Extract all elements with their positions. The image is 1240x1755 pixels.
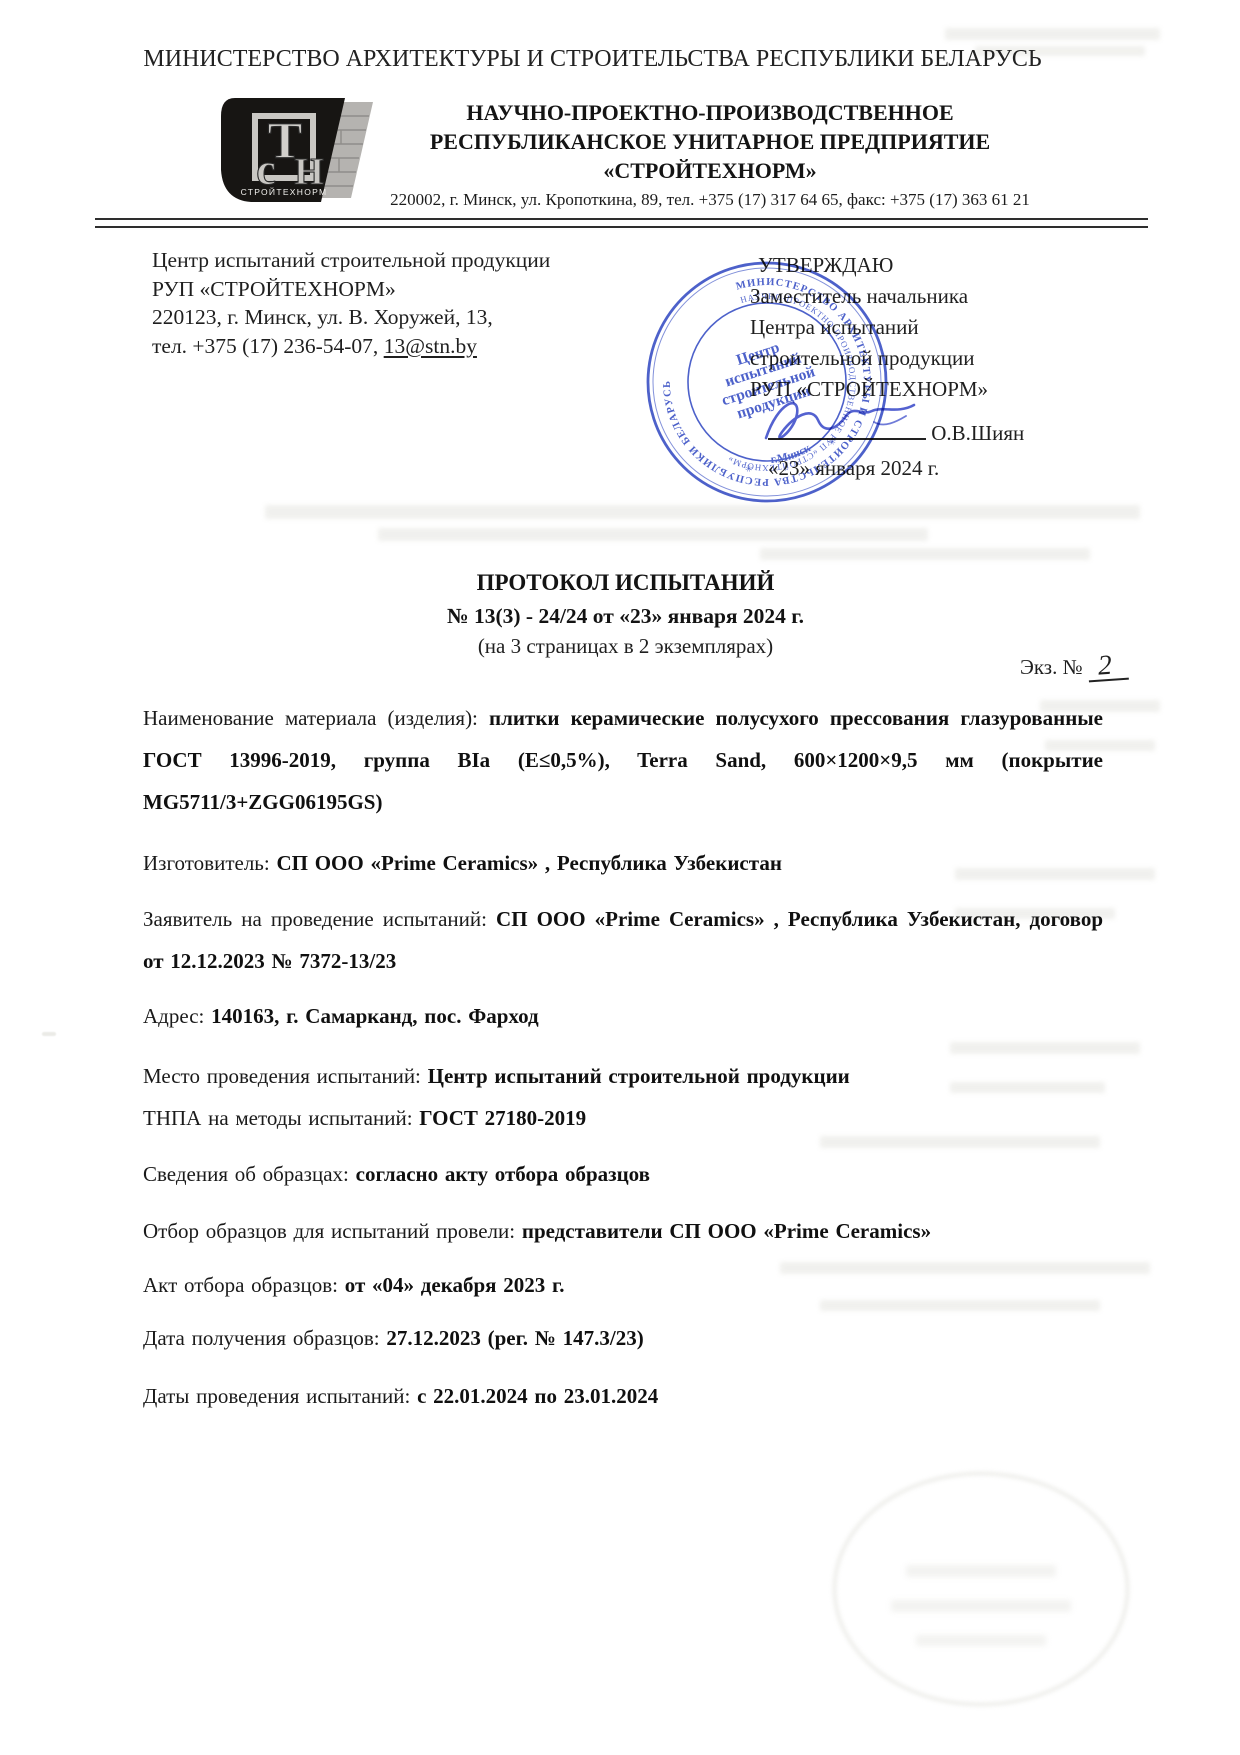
scanned-protocol-page: МИНИСТЕРСТВО АРХИТЕКТУРЫ И СТРОИТЕЛЬСТВА… bbox=[0, 0, 1240, 1755]
issuer-line: РУП «СТРОЙТЕХНОРМ» bbox=[152, 275, 550, 304]
field-material-name: Наименование материала (изделия): плитки… bbox=[143, 697, 1103, 823]
field-value: от «04» декабря 2023 г. bbox=[345, 1273, 565, 1297]
field-sampling-performed-by: Отбор образцов для испытаний провели: пр… bbox=[143, 1210, 1103, 1252]
issuer-line: 220123, г. Минск, ул. В. Хоружей, 13, bbox=[152, 303, 550, 332]
protocol-number: № 13(3) - 24/24 от «23» января 2024 г. bbox=[143, 602, 1108, 630]
issuer-block: Центр испытаний строительной продукции Р… bbox=[152, 246, 550, 360]
protocol-title-block: ПРОТОКОЛ ИСПЫТАНИЙ № 13(3) - 24/24 от «2… bbox=[143, 568, 1108, 659]
bleed-through-artifact bbox=[378, 528, 928, 541]
logo-caption: СТРОЙТЕХНОРМ bbox=[241, 186, 328, 197]
org-name-line: РЕСПУБЛИКАНСКОЕ УНИТАРНОЕ ПРЕДПРИЯТИЕ bbox=[330, 127, 1090, 156]
round-stamp: МИНИСТЕРСТВО АРХИТЕКТУРЫ И СТРОИТЕЛЬСТВА… bbox=[641, 256, 893, 508]
signer-name: О.В.Шиян bbox=[931, 421, 1024, 445]
header-divider bbox=[95, 218, 1148, 228]
organization-header: НАУЧНО-ПРОЕКТНО-ПРОИЗВОДСТВЕННОЕ РЕСПУБЛ… bbox=[330, 98, 1090, 211]
field-label: Наименование материала (изделия): bbox=[143, 706, 478, 730]
bleed-through-artifact bbox=[760, 548, 1090, 560]
field-label: ТНПА на методы испытаний: bbox=[143, 1106, 413, 1130]
field-label: Место проведения испытаний: bbox=[143, 1064, 421, 1088]
field-value: Центр испытаний строительной продукции bbox=[428, 1064, 850, 1088]
org-contact-line: 220002, г. Минск, ул. Кропоткина, 89, те… bbox=[330, 189, 1090, 211]
field-label: Изготовитель: bbox=[143, 851, 270, 875]
scan-mark-artifact bbox=[42, 1032, 56, 1036]
field-label: Акт отбора образцов: bbox=[143, 1273, 338, 1297]
field-label: Сведения об образцах: bbox=[143, 1162, 349, 1186]
field-applicant: Заявитель на проведение испытаний: СП ОО… bbox=[143, 898, 1103, 982]
field-label: Даты проведения испытаний: bbox=[143, 1384, 410, 1408]
field-test-dates: Даты проведения испытаний: с 22.01.2024 … bbox=[143, 1375, 1103, 1417]
field-value: представители СП ООО «Prime Ceramics» bbox=[522, 1219, 931, 1243]
field-value: СП ООО «Prime Ceramics» , Республика Узб… bbox=[276, 851, 781, 875]
issuer-phone-line: тел. +375 (17) 236-54-07, 13@stn.by bbox=[152, 332, 550, 361]
field-label: Дата получения образцов: bbox=[143, 1326, 380, 1350]
copy-label: Экз. № bbox=[1020, 655, 1083, 679]
field-value: 27.12.2023 (рег. № 147.3/23) bbox=[386, 1326, 643, 1350]
bleed-through-artifact bbox=[945, 28, 1160, 40]
field-test-methods: ТНПА на методы испытаний: ГОСТ 27180-201… bbox=[143, 1097, 1103, 1139]
field-value: ГОСТ 27180-2019 bbox=[419, 1106, 586, 1130]
field-test-location: Место проведения испытаний: Центр испыта… bbox=[143, 1055, 1103, 1097]
protocol-title: ПРОТОКОЛ ИСПЫТАНИЙ bbox=[143, 568, 1108, 598]
field-manufacturer: Изготовитель: СП ООО «Prime Ceramics» , … bbox=[143, 842, 1103, 884]
org-name-line: НАУЧНО-ПРОЕКТНО-ПРОИЗВОДСТВЕННОЕ bbox=[330, 98, 1090, 127]
field-sampling-act: Акт отбора образцов: от «04» декабря 202… bbox=[143, 1264, 1103, 1306]
protocol-pages-note: (на 3 страницах в 2 экземплярах) bbox=[143, 633, 1108, 659]
org-name-line: «СТРОЙТЕХНОРМ» bbox=[330, 156, 1090, 185]
bleed-through-stamp-ghost bbox=[833, 1472, 1129, 1706]
field-samples-info: Сведения об образцах: согласно акту отбо… bbox=[143, 1153, 1103, 1195]
issuer-email: 13@stn.by bbox=[384, 334, 477, 358]
field-label: Отбор образцов для испытаний провели: bbox=[143, 1219, 515, 1243]
issuer-phone: тел. +375 (17) 236-54-07, bbox=[152, 334, 384, 358]
copy-number-handwritten: 2 bbox=[1087, 653, 1129, 683]
field-address: Адрес: 140163, г. Самарканд, пос. Фарход bbox=[143, 995, 1103, 1037]
field-samples-received-date: Дата получения образцов: 27.12.2023 (рег… bbox=[143, 1317, 1103, 1359]
ministry-heading: МИНИСТЕРСТВО АРХИТЕКТУРЫ И СТРОИТЕЛЬСТВА… bbox=[0, 44, 1185, 74]
handwritten-signature bbox=[756, 392, 936, 458]
field-value: согласно акту отбора образцов bbox=[356, 1162, 650, 1186]
copy-number-line: Экз. № 2 bbox=[1020, 654, 1128, 681]
field-label: Адрес: bbox=[143, 1004, 204, 1028]
issuer-line: Центр испытаний строительной продукции bbox=[152, 246, 550, 275]
field-value: с 22.01.2024 по 23.01.2024 bbox=[417, 1384, 658, 1408]
field-value: 140163, г. Самарканд, пос. Фарход bbox=[211, 1004, 539, 1028]
bleed-through-artifact bbox=[950, 1042, 1140, 1054]
field-label: Заявитель на проведение испытаний: bbox=[143, 907, 487, 931]
